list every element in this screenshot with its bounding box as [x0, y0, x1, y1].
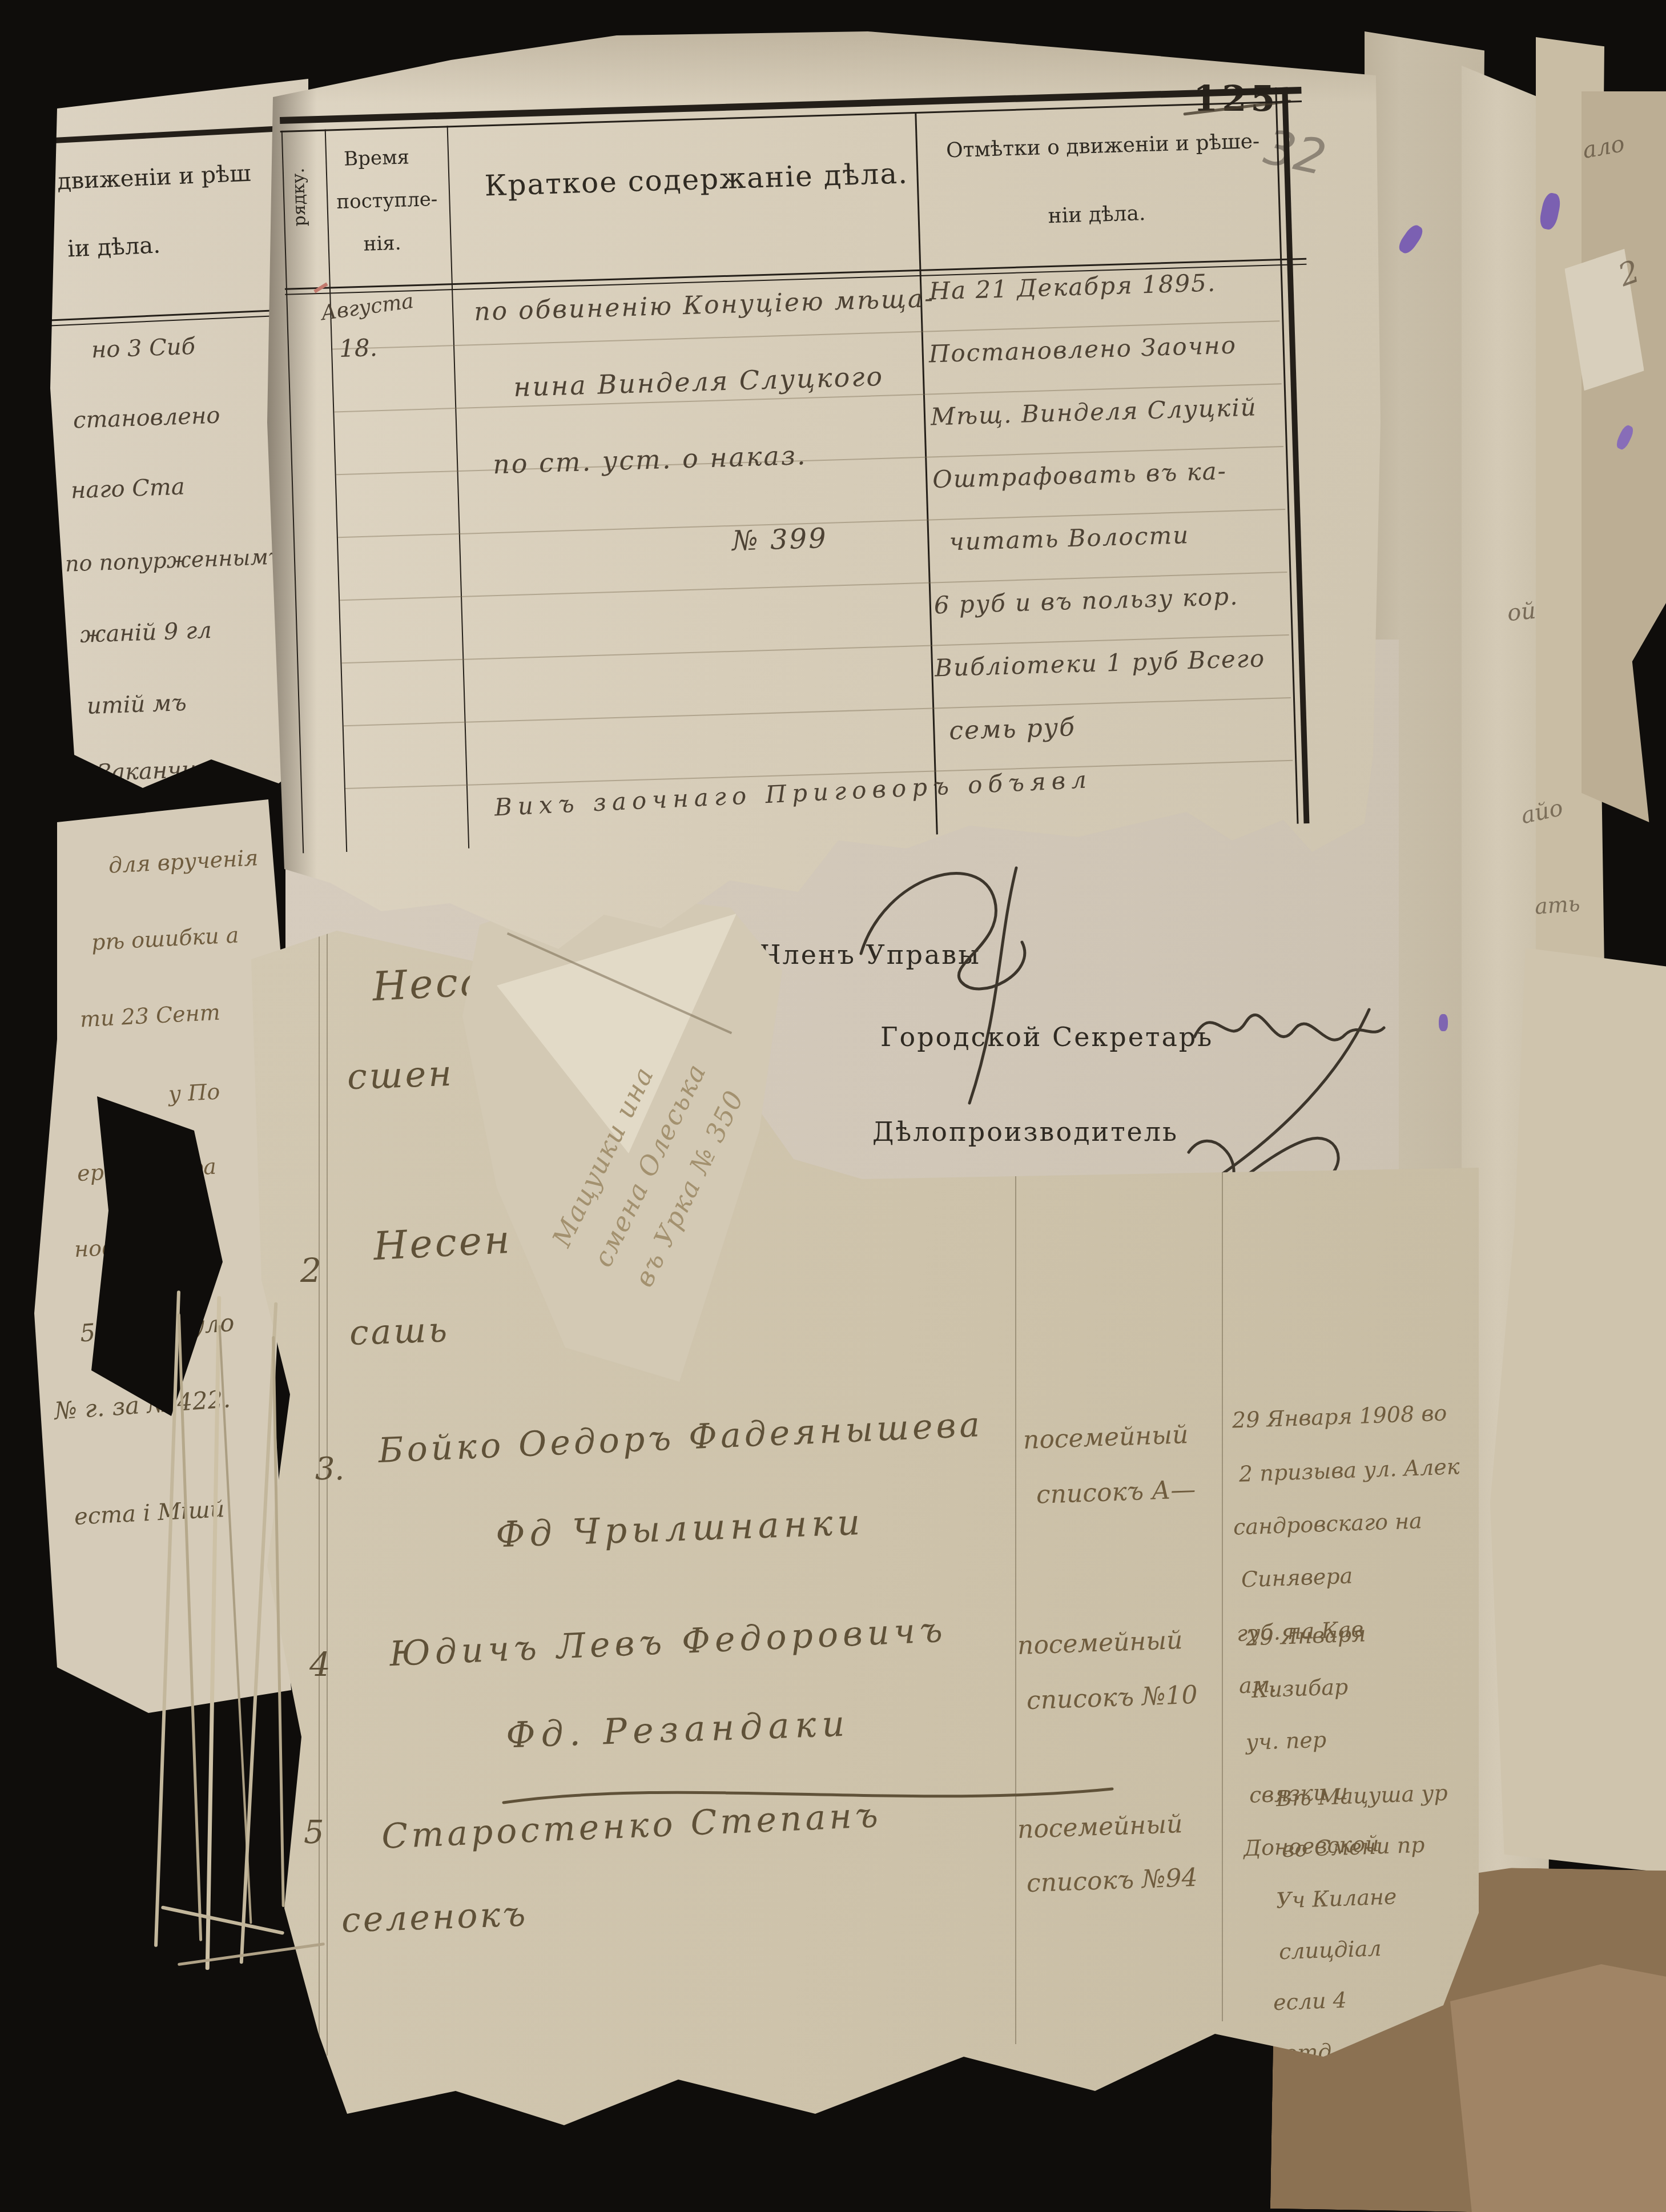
entry-list-note: списокъ А— [1036, 1477, 1196, 1508]
thread [240, 1302, 278, 1964]
table-border [447, 126, 470, 848]
table-border [40, 124, 308, 144]
thread [154, 1290, 180, 1947]
entry-margin-note: Вѣ Мацуша ур [1275, 1782, 1448, 1809]
purple-ink-mark [1439, 1014, 1448, 1031]
edge-fragment: ой [1506, 600, 1537, 625]
ruled-line [344, 697, 1291, 726]
table-border [40, 314, 308, 327]
binding-threads [143, 1290, 331, 2010]
ledger-entry-remarks: семь руб [949, 715, 1076, 744]
ledger-table: рядку. Время поступле- нія. Краткое соде… [280, 86, 1334, 853]
ledger-entry-date: Августа [320, 291, 415, 324]
left-page-line: для врученія [108, 847, 259, 876]
entry-number: 2 [300, 1254, 321, 1287]
ledger-entry-remarks: 6 руб и въ пользу кор. [933, 585, 1239, 618]
cardboard-backing [1450, 1964, 1666, 2212]
ledger-entry-remarks: читать Волости [949, 523, 1190, 554]
entry-name: Юдичъ Левъ Федоровичъ [389, 1613, 948, 1672]
entry-margin-note: 29 Января 1908 во [1232, 1402, 1447, 1431]
entry-name: Фд. Резандаки [505, 1706, 851, 1753]
entry-name: сашь [349, 1313, 450, 1350]
entry-name: Фд Чрылшнанки [495, 1505, 865, 1553]
entry-name: Несен [372, 1221, 513, 1267]
entry-margin-note: уч. пер [1245, 1729, 1326, 1753]
ledger-entry-remarks: Вибліотеки 1 руб Всего [935, 646, 1266, 680]
entry-margin-note: если 4 [1273, 1989, 1347, 2013]
ledger-entry-remarks: Мѣщ. Винделя Слуцкій [930, 395, 1257, 429]
left-page-line: ти 23 Сент [79, 1002, 220, 1031]
edge-fragment: ать [1534, 892, 1581, 917]
entry-margin-note: Уч Килане [1275, 1885, 1397, 1911]
left-page-line: жаній 9 гл [79, 619, 212, 646]
ledger-entry-date: 18. [339, 336, 377, 361]
entry-list-note: посемейный [1023, 1422, 1189, 1453]
thread [206, 1296, 222, 1970]
entry-margin-note: Синявера [1241, 1565, 1353, 1591]
ledger-entry-summary: по ст. уст. о наказ. [493, 442, 808, 477]
thread [178, 1313, 202, 1941]
ledger-entry-remarks: Постановлено Заочно [928, 333, 1237, 366]
left-page-line: рѣ ошибки а [91, 924, 239, 953]
stack-sheet [1582, 91, 1666, 822]
ledger-entry-summary: № 399 [732, 525, 828, 555]
entry-list-note: посемейный [1017, 1812, 1183, 1843]
ledger-entry-summary: по обвиненію Конуціею мѣща- [474, 286, 935, 325]
edge-fragment: ало [1581, 132, 1626, 162]
entry-list-note: списокъ №94 [1026, 1865, 1198, 1896]
left-page-line: у По [168, 1081, 220, 1105]
entry-margin-note: во Смени пр [1281, 1834, 1425, 1861]
column-header-number: рядку. [289, 168, 309, 227]
official-title-clerk: Дѣлопроизводитель [872, 1118, 1178, 1145]
left-page-line: по попурженнымъ [65, 545, 283, 574]
entry-margin-note: слицдіал [1278, 1937, 1382, 1962]
left-page-line: итій мъ [86, 691, 187, 718]
ledger-entry-remarks: На 21 Декабря 1895. [929, 271, 1217, 303]
entry-margin-note: 29 Января [1245, 1623, 1366, 1648]
column-header-content: Краткое содержаніе дѣла. [484, 158, 909, 201]
entry-name: Старостенко Степанъ [381, 1798, 882, 1854]
entry-margin-note: сандровскаго на [1233, 1510, 1422, 1538]
entry-name: Бойко Оедоръ Фадеянышева [377, 1407, 984, 1468]
entry-list-note: посемейный [1017, 1628, 1183, 1659]
thread [272, 1336, 284, 1907]
official-title-city-secretary: Городской Секретарь [880, 1023, 1213, 1051]
column-header-remarks: ніи дѣла. [1048, 203, 1146, 227]
column-header-remarks: Отмѣтки о движеніи и рѣше- [946, 131, 1260, 162]
archival-photo: ало 2 ой айо ать движеніи и рѣш іи дѣла.… [0, 0, 1666, 2212]
entry-name: сшен [347, 1056, 454, 1095]
ledger-entry-summary: нина Винделя Слуцкого [513, 363, 884, 400]
thread [178, 1942, 325, 1966]
left-column-header: іи дѣла. [67, 233, 161, 261]
pencil-column-line [1015, 1165, 1016, 2044]
entry-margin-note: 2 призыва ул. Алек [1238, 1455, 1460, 1485]
left-page-line: уб Заканчи [62, 758, 196, 786]
table-border [325, 130, 348, 852]
left-page-line: но 3 Сиб [91, 335, 195, 361]
entry-name: селенокъ [341, 1897, 528, 1937]
column-header-time: поступле- [336, 190, 438, 213]
entry-margin-note: Кизибар [1251, 1676, 1348, 1701]
signature-scribble [845, 845, 1090, 1108]
thread [161, 1905, 284, 1935]
ledger-entry-remarks: Оштрафовать въ ка- [932, 459, 1228, 492]
ledger-page: 125 32 рядку. Время поступле- нія. Кратк… [263, 23, 1382, 971]
column-header-time: Время [344, 147, 410, 170]
pencil-column-line [1222, 1165, 1223, 2021]
left-page-line: становлено [73, 404, 220, 432]
left-column-header: движеніи и рѣш [57, 162, 251, 194]
column-header-time: нія. [363, 234, 401, 255]
entry-list-note: списокъ №10 [1026, 1683, 1198, 1714]
left-page-line: наго Ста [70, 476, 185, 502]
